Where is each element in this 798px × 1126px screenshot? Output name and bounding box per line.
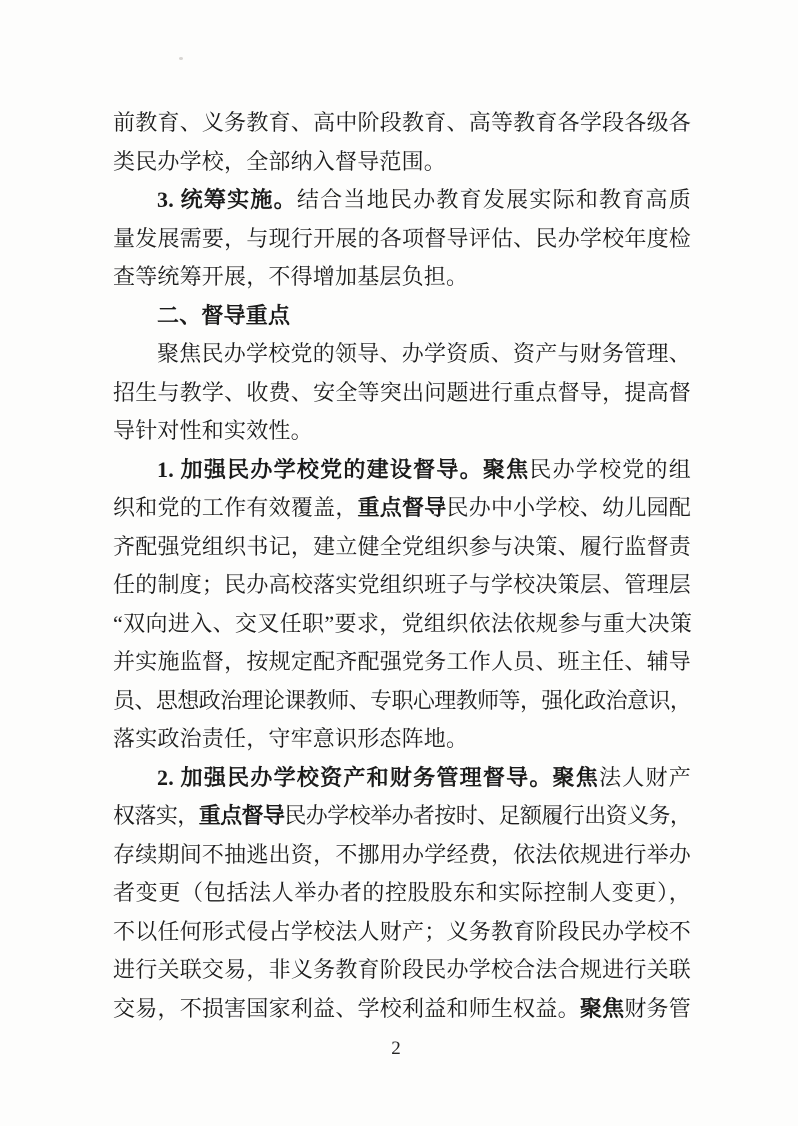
text-line: 前教育、义务教育、高中阶段教育、高等教育各学段各级各	[113, 104, 691, 143]
text-run: 权落实，	[113, 803, 199, 828]
text-line: 权落实，重点督导民办学校举办者按时、足额履行出资义务，	[113, 797, 691, 836]
text-run: 任的制度；民办高校落实党组织班子与学校决策层、管理层	[113, 572, 691, 597]
text-line: 落实政治责任，守牢意识形态阵地。	[113, 720, 691, 759]
text-run: 民办学校举办者按时、足额履行出资义务，	[284, 803, 691, 828]
text-line: 齐配强党组织书记，建立健全党组织参与决策、履行监督责	[113, 528, 691, 567]
emphasis-run: 重点督导	[199, 803, 285, 828]
text-line: 任的制度；民办高校落实党组织班子与学校决策层、管理层	[113, 566, 691, 605]
text-line: 类民办学校，全部纳入督导范围。	[113, 143, 691, 182]
text-run: 者变更（包括法人举办者的控股股东和实际控制人变更），	[113, 880, 691, 905]
text-line: 导针对性和实效性。	[113, 412, 691, 451]
text-run: 法人财产	[599, 765, 691, 790]
text-run: 交易，不损害国家利益、学校利益和师生权益。	[113, 996, 580, 1021]
text-line: “双向进入、交叉任职”要求，党组织依法依规参与重大决策	[113, 605, 691, 644]
text-line: 交易，不损害国家利益、学校利益和师生权益。聚焦财务管	[113, 990, 691, 1029]
text-line: 3. 统筹实施。结合当地民办教育发展实际和教育高质	[113, 181, 691, 220]
page-number: 2	[0, 1038, 792, 1060]
text-run: 民办学校党的组	[529, 457, 691, 482]
text-line: 量发展需要，与现行开展的各项督导评估、民办学校年度检	[113, 220, 691, 259]
text-run: 导针对性和实效性。	[113, 418, 313, 443]
text-run: 财务管	[624, 996, 691, 1021]
section-heading: 二、督导重点	[113, 297, 691, 336]
text-run: 并实施监督，按规定配齐配强党务工作人员、班主任、辅导	[113, 649, 691, 674]
text-run: 聚焦民办学校党的领导、办学资质、资产与财务管理、	[157, 341, 691, 366]
text-line: 聚焦民办学校党的领导、办学资质、资产与财务管理、	[113, 335, 691, 374]
text-run: 前教育、义务教育、高中阶段教育、高等教育各学段各级各	[113, 110, 691, 135]
text-line: 查等统筹开展，不得增加基层负担。	[113, 258, 691, 297]
emphasis-run: 二、督导重点	[157, 303, 290, 328]
scan-artifact	[179, 57, 183, 60]
text-line: 1. 加强民办学校党的建设督导。聚焦民办学校党的组	[113, 451, 691, 490]
text-run: 织和党的工作有效覆盖，	[113, 495, 358, 520]
emphasis-run: 聚焦	[580, 996, 624, 1021]
text-run: 员、思想政治理论课教师、专职心理教师等，强化政治意识，	[113, 688, 691, 713]
emphasis-run: 1. 加强民办学校党的建设督导。聚焦	[157, 457, 529, 482]
emphasis-run: 2. 加强民办学校资产和财务管理督导。聚焦	[157, 765, 599, 790]
text-run: 存续期间不抽逃出资，不挪用办学经费，依法依规进行举办	[113, 842, 691, 867]
document-body: 前教育、义务教育、高中阶段教育、高等教育各学段各级各类民办学校，全部纳入督导范围…	[113, 104, 691, 1028]
text-run: 进行关联交易，非义务教育阶段民办学校合法合规进行关联	[113, 957, 691, 982]
text-line: 2. 加强民办学校资产和财务管理督导。聚焦法人财产	[113, 759, 691, 798]
text-run: 类民办学校，全部纳入督导范围。	[113, 149, 446, 174]
text-line: 并实施监督，按规定配齐配强党务工作人员、班主任、辅导	[113, 643, 691, 682]
text-line: 存续期间不抽逃出资，不挪用办学经费，依法依规进行举办	[113, 836, 691, 875]
text-run: “双向进入、交叉任职”要求，党组织依法依规参与重大决策	[113, 611, 691, 636]
text-line: 者变更（包括法人举办者的控股股东和实际控制人变更），	[113, 874, 691, 913]
text-run: 结合当地民办教育发展实际和教育高质	[297, 187, 691, 212]
text-run: 不以任何形式侵占学校法人财产；义务教育阶段民办学校不	[113, 919, 691, 944]
text-run: 招生与教学、收费、安全等突出问题进行重点督导，提高督	[113, 380, 691, 405]
text-run: 查等统筹开展，不得增加基层负担。	[113, 264, 468, 289]
text-line: 不以任何形式侵占学校法人财产；义务教育阶段民办学校不	[113, 913, 691, 952]
emphasis-run: 3. 统筹实施。	[157, 187, 297, 212]
text-line: 织和党的工作有效覆盖，重点督导民办中小学校、幼儿园配	[113, 489, 691, 528]
text-line: 招生与教学、收费、安全等突出问题进行重点督导，提高督	[113, 374, 691, 413]
text-run: 齐配强党组织书记，建立健全党组织参与决策、履行监督责	[113, 534, 691, 559]
text-run: 量发展需要，与现行开展的各项督导评估、民办学校年度检	[113, 226, 691, 251]
text-run: 落实政治责任，守牢意识形态阵地。	[113, 726, 468, 751]
document-page: 前教育、义务教育、高中阶段教育、高等教育各学段各级各类民办学校，全部纳入督导范围…	[0, 0, 798, 1126]
text-line: 员、思想政治理论课教师、专职心理教师等，强化政治意识，	[113, 682, 691, 721]
emphasis-run: 重点督导	[358, 495, 447, 520]
text-line: 进行关联交易，非义务教育阶段民办学校合法合规进行关联	[113, 951, 691, 990]
text-run: 民办中小学校、幼儿园配	[446, 495, 691, 520]
